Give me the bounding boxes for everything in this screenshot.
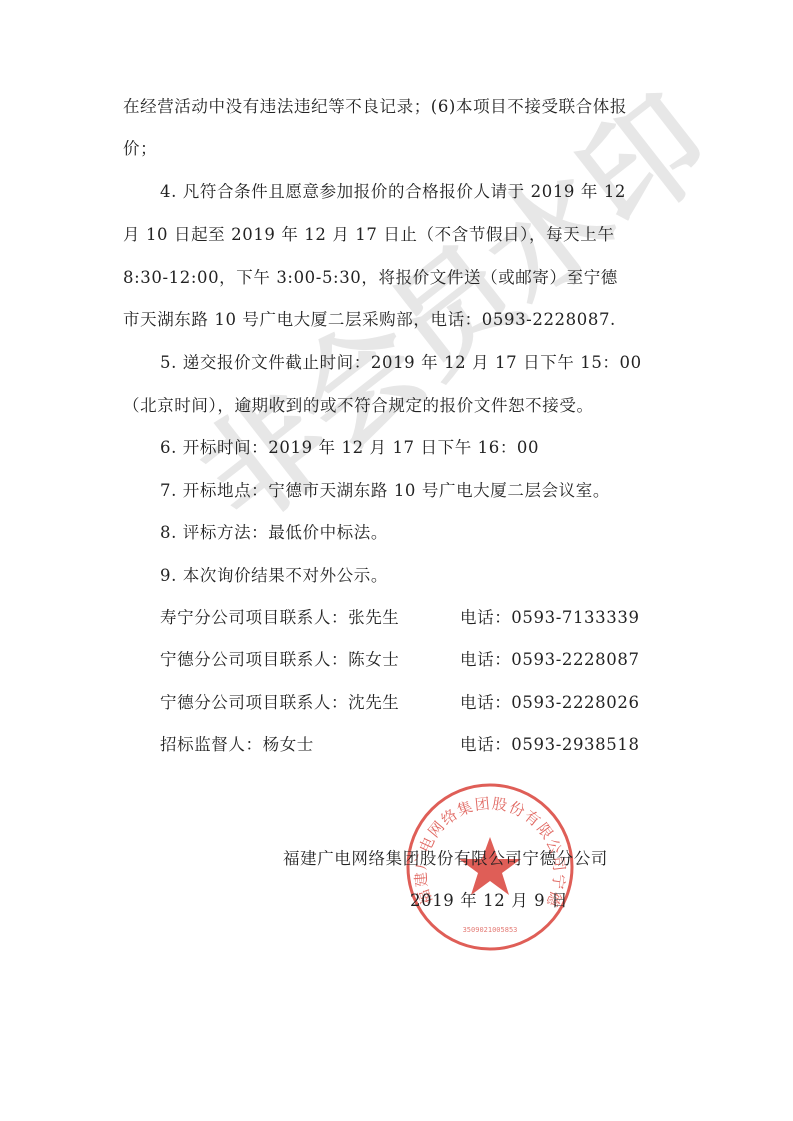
- contact-phone: 电话：0593-2938518: [460, 734, 640, 756]
- signature-date: 2019 年 12 月 9 日: [410, 887, 568, 911]
- paragraph-line: 8:30-12:00，下午 3:00-5:30，将报价文件送（或邮寄）至宁德: [123, 267, 618, 289]
- contact-role: 寿宁分公司项目联系人：张先生: [160, 607, 399, 629]
- signature-company: 福建广电网络集团股份有限公司宁德分公司: [283, 845, 608, 869]
- paragraph-line: 7. 开标地点：宁德市天湖东路 10 号广电大厦二层会议室。: [160, 480, 610, 502]
- contact-phone: 电话：0593-2228026: [460, 692, 640, 714]
- contact-phone: 电话：0593-7133339: [460, 607, 640, 629]
- paragraph-line: 4. 凡符合条件且愿意参加报价的合格报价人请于 2019 年 12: [160, 181, 626, 203]
- contact-role: 宁德分公司项目联系人：沈先生: [160, 692, 399, 714]
- paragraph-line: 9. 本次询价结果不对外公示。: [160, 565, 388, 587]
- paragraph-line: 月 10 日起至 2019 年 12 月 17 日止（不含节假日），每天上午: [123, 224, 615, 246]
- paragraph-line: 6. 开标时间：2019 年 12 月 17 日下午 16：00: [160, 437, 539, 459]
- paragraph-line: 市天湖东路 10 号广电大厦二层采购部，电话：0593-2228087.: [123, 309, 616, 331]
- contact-role: 宁德分公司项目联系人：陈女士: [160, 649, 399, 671]
- contact-role: 招标监督人：杨女士: [160, 734, 314, 756]
- stamp-code: 3509021005853: [463, 926, 518, 934]
- paragraph-line: 5. 递交报价文件截止时间：2019 年 12 月 17 日下午 15：00: [160, 352, 642, 374]
- contact-phone: 电话：0593-2228087: [460, 649, 640, 671]
- paragraph-line: 价；: [123, 138, 157, 160]
- paragraph-line: （北京时间），逾期收到的或不符合规定的报价文件恕不接受。: [123, 395, 594, 417]
- paragraph-line: 在经营活动中没有违法违纪等不良记录；(6)本项目不接受联合体报: [123, 96, 627, 118]
- paragraph-line: 8. 评标方法：最低价中标法。: [160, 522, 388, 544]
- document-page: 非会员水印 在经营活动中没有违法违纪等不良记录；(6)本项目不接受联合体报价；4…: [0, 0, 793, 1121]
